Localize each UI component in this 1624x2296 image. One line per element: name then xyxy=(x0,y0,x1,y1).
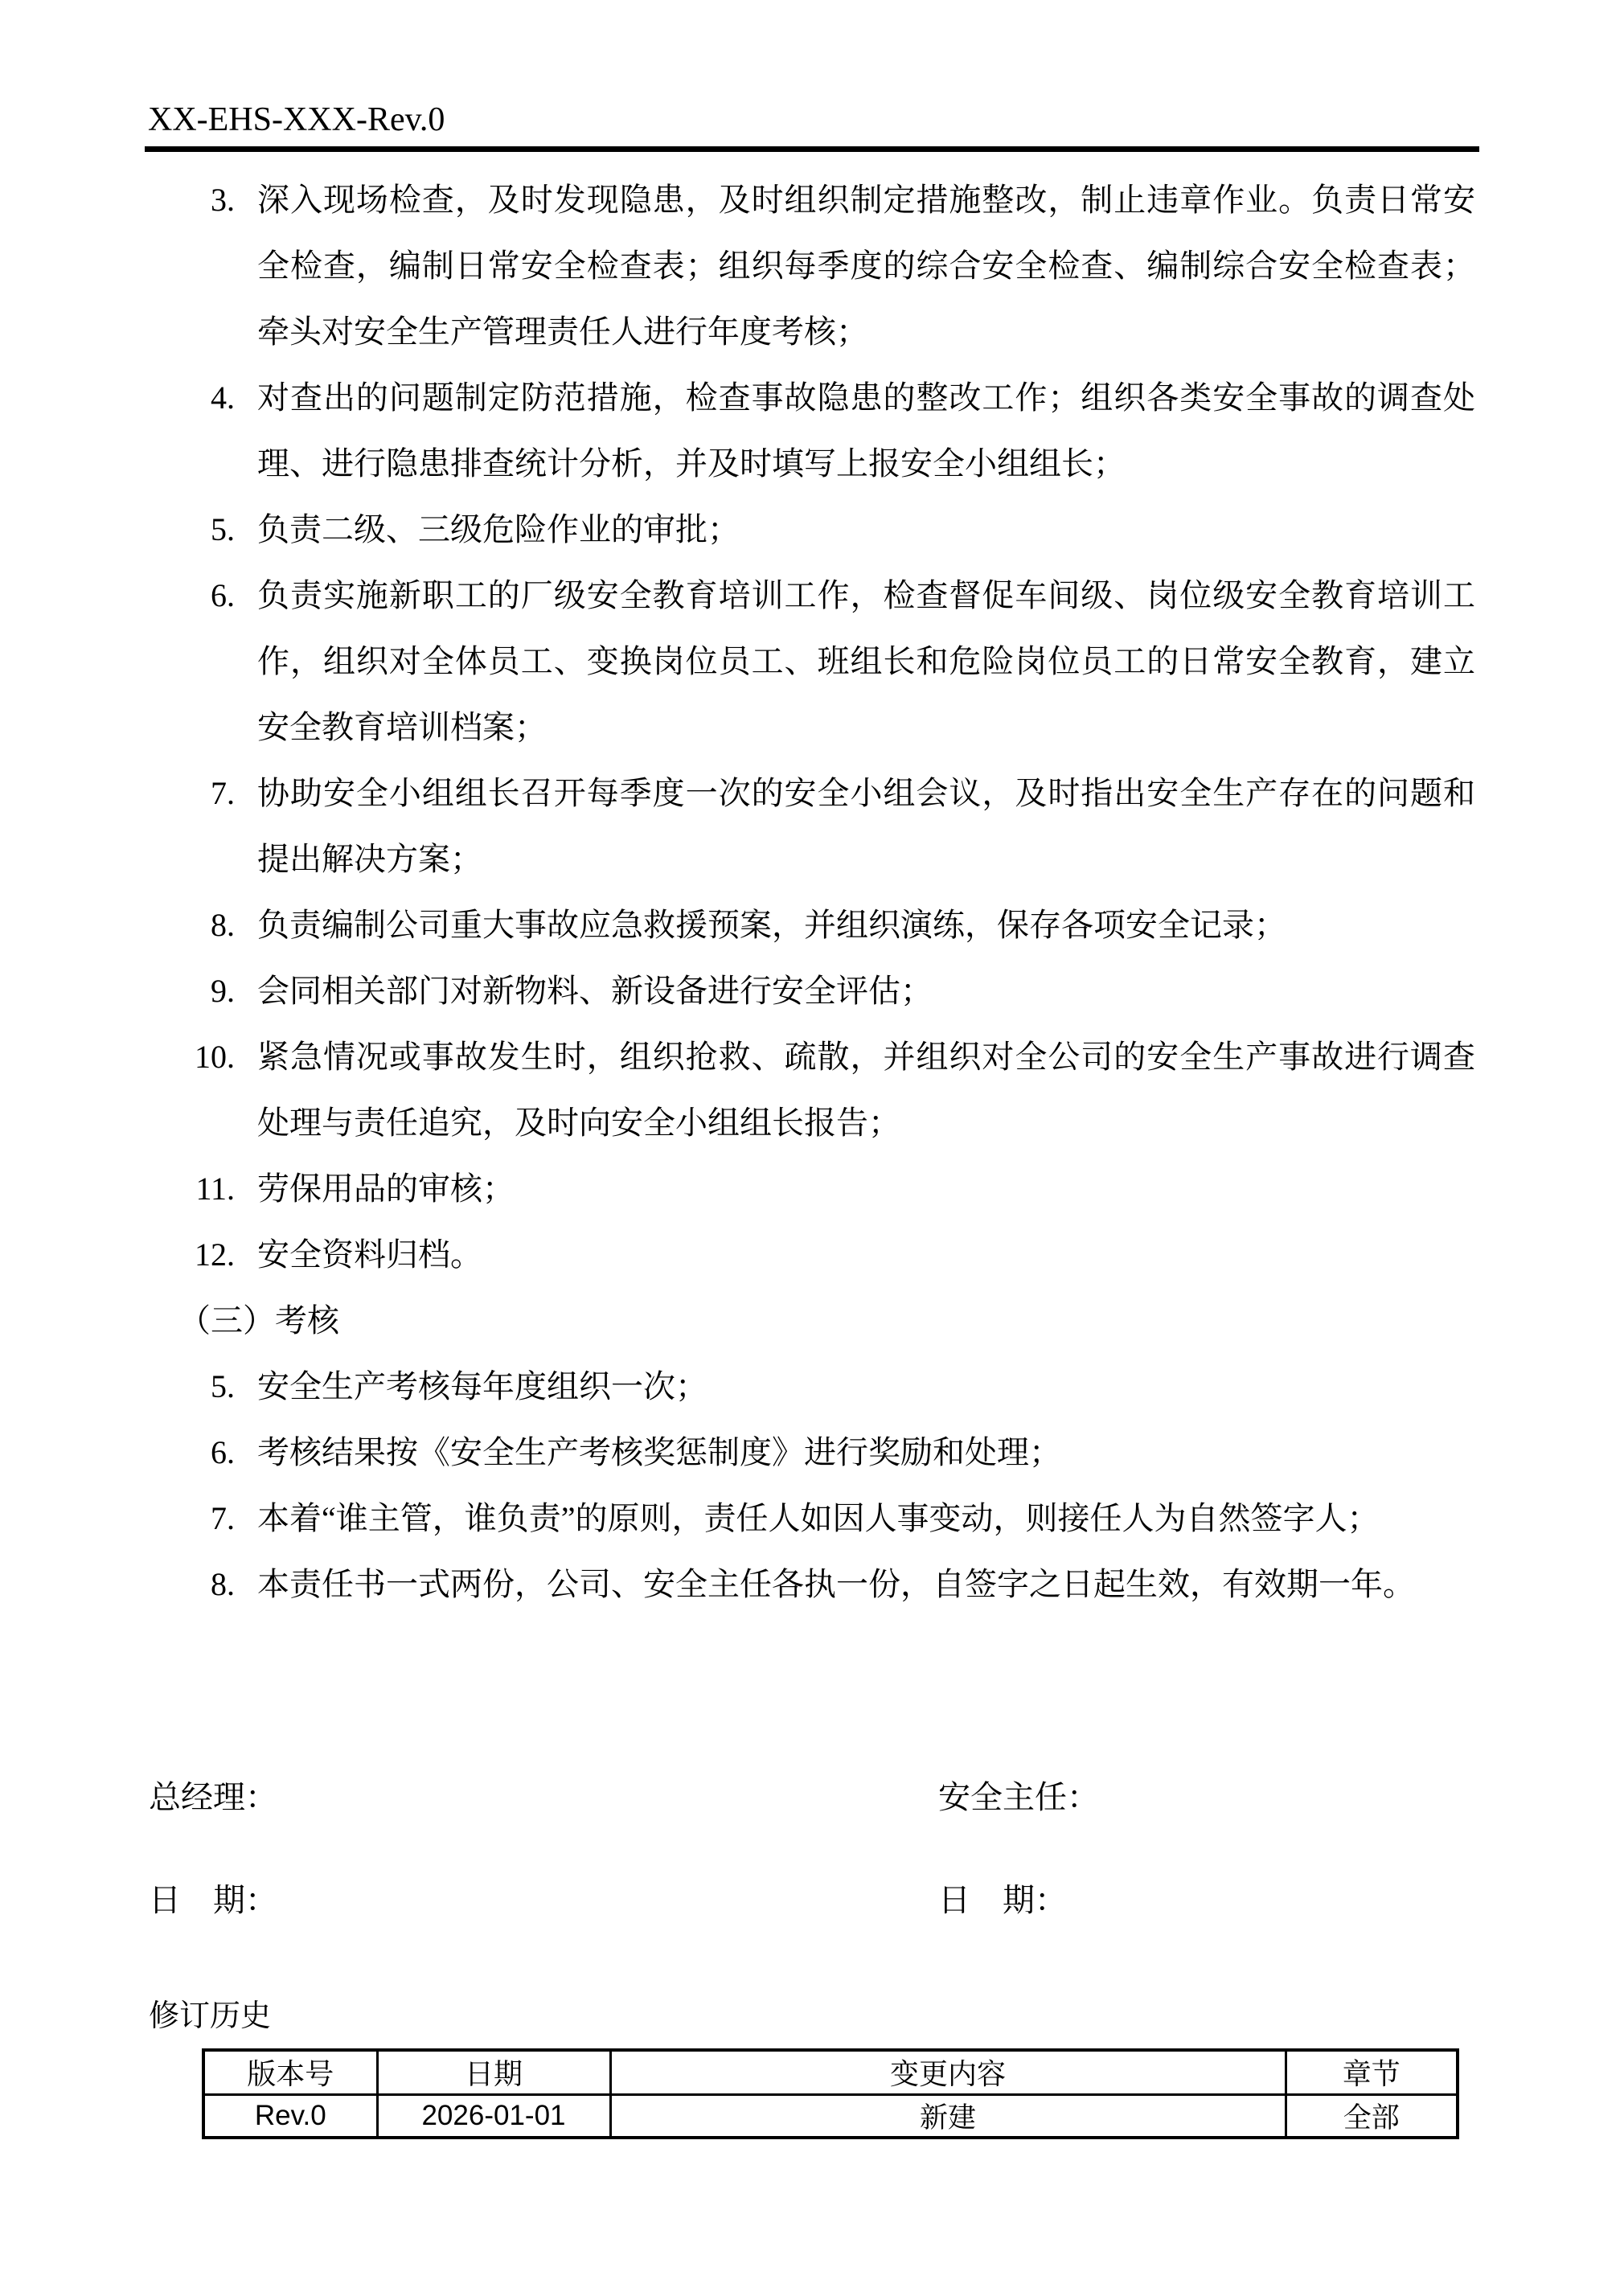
general-manager-date-label: 日 期： xyxy=(149,1882,277,1918)
list-item-text: 考核结果按《安全生产考核奖惩制度》进行奖励和处理； xyxy=(257,1420,1475,1486)
list-item-number: 10. xyxy=(145,1024,235,1090)
list-item: 8. 本责任书一式两份，公司、安全主任各执一份，自签字之日起生效，有效期一年。 xyxy=(145,1552,1479,1617)
list-item: 8. 负责编制公司重大事故应急救援预案，并组织演练，保存各项安全记录； xyxy=(145,892,1479,958)
list-item-number: 11. xyxy=(145,1156,235,1222)
list-item-number: 8. xyxy=(145,1552,235,1617)
list-item: 11. 劳保用品的审核； xyxy=(145,1156,1479,1222)
list-item: 5. 负责二级、三级危险作业的审批； xyxy=(145,497,1479,563)
duty-list: 3. 深入现场检查，及时发现隐患，及时组织制定措施整改，制止违章作业。负责日常安… xyxy=(145,167,1479,1288)
list-item-text: 会同相关部门对新物料、新设备进行安全评估； xyxy=(257,958,1475,1024)
list-item: 12. 安全资料归档。 xyxy=(145,1222,1479,1288)
signature-dates-row: 日 期： 日 期： xyxy=(149,1881,1515,1920)
header-section: 章节 xyxy=(1286,2050,1458,2094)
list-item: 4. 对查出的问题制定防范措施，检查事故隐患的整改工作；组织各类安全事故的调查处… xyxy=(145,365,1479,497)
list-item-number: 5. xyxy=(145,1354,235,1420)
list-item-text: 劳保用品的审核； xyxy=(257,1156,1475,1222)
doc-code: XX-EHS-XXX-Rev.0 xyxy=(145,101,1479,138)
list-item-text: 深入现场检查，及时发现隐患，及时组织制定措施整改，制止违章作业。负责日常安全检查… xyxy=(257,167,1475,365)
list-item-text: 紧急情况或事故发生时，组织抢救、疏散，并组织对全公司的安全生产事故进行调查处理与… xyxy=(257,1024,1475,1156)
cell-change: 新建 xyxy=(610,2094,1286,2138)
list-item-number: 7. xyxy=(145,1486,235,1552)
list-item-text: 对查出的问题制定防范措施，检查事故隐患的整改工作；组织各类安全事故的调查处理、进… xyxy=(257,365,1475,497)
list-item: 10. 紧急情况或事故发生时，组织抢救、疏散，并组织对全公司的安全生产事故进行调… xyxy=(145,1024,1479,1156)
safety-director-signature-label: 安全主任： xyxy=(938,1778,1099,1817)
section-heading: （三）考核 xyxy=(145,1288,1479,1354)
list-item-number: 8. xyxy=(145,892,235,958)
list-item-text: 本责任书一式两份，公司、安全主任各执一份，自签字之日起生效，有效期一年。 xyxy=(257,1552,1475,1617)
list-item-text: 负责编制公司重大事故应急救援预案，并组织演练，保存各项安全记录； xyxy=(257,892,1475,958)
cell-section: 全部 xyxy=(1286,2094,1458,2138)
list-item-number: 12. xyxy=(145,1222,235,1288)
list-item-text: 安全资料归档。 xyxy=(257,1222,1475,1288)
header-change: 变更内容 xyxy=(610,2050,1286,2094)
list-item-number: 3. xyxy=(145,167,235,233)
list-item-text: 协助安全小组组长召开每季度一次的安全小组会议，及时指出安全生产存在的问题和提出解… xyxy=(257,761,1475,892)
list-item-number: 6. xyxy=(145,563,235,629)
general-manager-signature-label: 总经理： xyxy=(149,1779,277,1815)
list-item-text: 负责二级、三级危险作业的审批； xyxy=(257,497,1475,563)
document-body: 3. 深入现场检查，及时发现隐患，及时组织制定措施整改，制止违章作业。负责日常安… xyxy=(145,167,1479,1617)
cell-version: Rev.0 xyxy=(203,2094,377,2138)
list-item: 7. 本着“谁主管，谁负责”的原则，责任人如因人事变动，则接任人为自然签字人； xyxy=(145,1486,1479,1552)
safety-director-date-label: 日 期： xyxy=(938,1881,1067,1920)
revision-history-table: 版本号 日期 变更内容 章节 Rev.0 2026-01-01 新建 全部 xyxy=(202,2048,1459,2139)
cell-date: 2026-01-01 xyxy=(377,2094,610,2138)
list-item: 6. 考核结果按《安全生产考核奖惩制度》进行奖励和处理； xyxy=(145,1420,1479,1486)
list-item-text: 安全生产考核每年度组织一次； xyxy=(257,1354,1475,1420)
signature-roles-row: 总经理： 安全主任： xyxy=(149,1778,1515,1817)
revision-table-row: Rev.0 2026-01-01 新建 全部 xyxy=(203,2094,1458,2138)
list-item-number: 4. xyxy=(145,365,235,431)
list-item: 9. 会同相关部门对新物料、新设备进行安全评估； xyxy=(145,958,1479,1024)
list-item-number: 6. xyxy=(145,1420,235,1486)
list-item: 5. 安全生产考核每年度组织一次； xyxy=(145,1354,1479,1420)
list-item-text: 本着“谁主管，谁负责”的原则，责任人如因人事变动，则接任人为自然签字人； xyxy=(257,1486,1475,1552)
list-item-number: 7. xyxy=(145,761,235,826)
header-version: 版本号 xyxy=(203,2050,377,2094)
assessment-list: 5. 安全生产考核每年度组织一次； 6. 考核结果按《安全生产考核奖惩制度》进行… xyxy=(145,1354,1479,1617)
revision-table-header-row: 版本号 日期 变更内容 章节 xyxy=(203,2050,1458,2094)
list-item-number: 9. xyxy=(145,958,235,1024)
list-item: 3. 深入现场检查，及时发现隐患，及时组织制定措施整改，制止违章作业。负责日常安… xyxy=(145,167,1479,365)
list-item: 6. 负责实施新职工的厂级安全教育培训工作，检查督促车间级、岗位级安全教育培训工… xyxy=(145,563,1479,761)
document-page: XX-EHS-XXX-Rev.0 3. 深入现场检查，及时发现隐患，及时组织制定… xyxy=(0,0,1624,2296)
page-header: XX-EHS-XXX-Rev.0 xyxy=(145,101,1479,152)
list-item-text: 负责实施新职工的厂级安全教育培训工作，检查督促车间级、岗位级安全教育培训工作，组… xyxy=(257,563,1475,761)
header-date: 日期 xyxy=(377,2050,610,2094)
list-item: 7. 协助安全小组组长召开每季度一次的安全小组会议，及时指出安全生产存在的问题和… xyxy=(145,761,1479,892)
list-item-number: 5. xyxy=(145,497,235,563)
revision-history-title: 修订历史 xyxy=(149,1999,271,2034)
